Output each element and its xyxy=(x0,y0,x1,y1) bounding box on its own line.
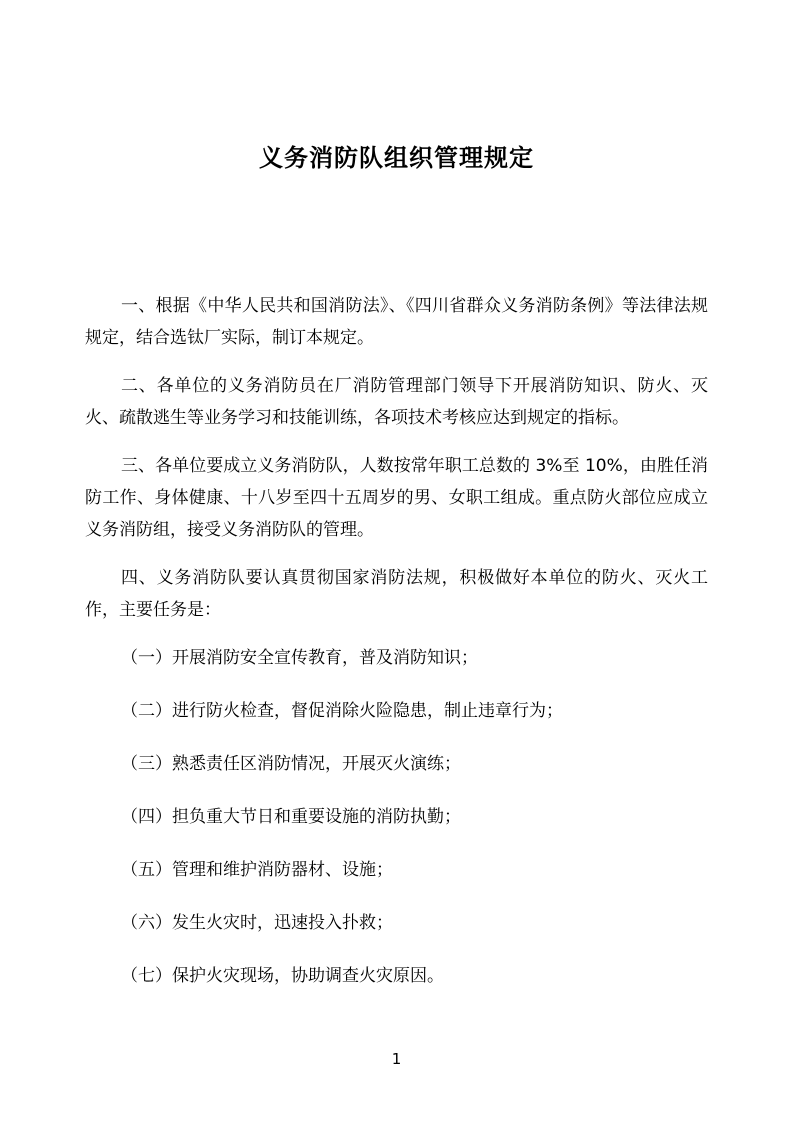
paragraph-1: 一、根据《中华人民共和国消防法》、《四川省群众义务消防条例》等法律法规规定，结合… xyxy=(85,290,708,354)
document-content: 义务消防队组织管理规定 一、根据《中华人民共和国消防法》、《四川省群众义务消防条… xyxy=(0,0,793,992)
task-item-1: （一）开展消防安全宣传教育，普及消防知识； xyxy=(85,642,708,674)
task-item-2: （二）进行防火检查，督促消除火险隐患，制止违章行为； xyxy=(85,695,708,727)
page-number: 1 xyxy=(0,1048,793,1070)
task-item-5: （五）管理和维护消防器材、设施； xyxy=(85,854,708,886)
paragraph-4: 四、义务消防队要认真贯彻国家消防法规，积极做好本单位的防火、灭火工作，主要任务是… xyxy=(85,562,708,626)
task-item-4: （四）担负重大节日和重要设施的消防执勤； xyxy=(85,801,708,833)
document-title: 义务消防队组织管理规定 xyxy=(85,141,708,175)
task-item-7: （七）保护火灾现场，协助调查火灾原因。 xyxy=(85,960,708,992)
paragraph-3: 三、各单位要成立义务消防队，人数按常年职工总数的 3%至 10%，由胜任消防工作… xyxy=(85,450,708,546)
paragraph-2: 二、各单位的义务消防员在厂消防管理部门领导下开展消防知识、防火、灭火、疏散逃生等… xyxy=(85,370,708,434)
task-item-3: （三）熟悉责任区消防情况，开展灭火演练； xyxy=(85,748,708,780)
task-item-6: （六）发生火灾时，迅速投入扑救； xyxy=(85,907,708,939)
document-page: 义务消防队组织管理规定 一、根据《中华人民共和国消防法》、《四川省群众义务消防条… xyxy=(0,0,793,1122)
